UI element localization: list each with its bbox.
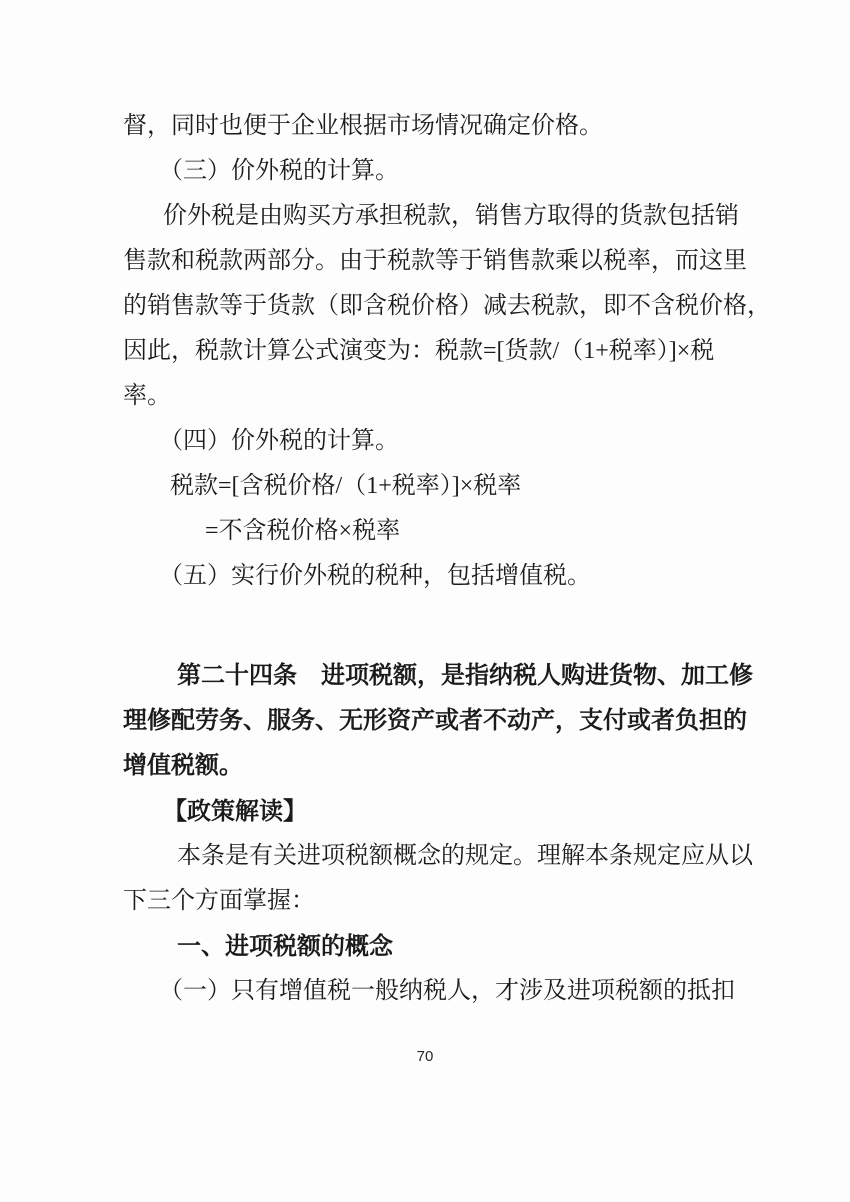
text-line: 的销售款等于货款（即含税价格）减去税款，即不含税价格， [123,284,763,329]
text-line-item-1: （一）只有增值税一般纳税人，才涉及进项税额的抵扣 [123,969,763,1014]
article-24-body-line: 增值税额。 [123,744,763,789]
text-line: 售款和税款两部分。由于税款等于销售款乘以税率，而这里 [123,239,763,284]
text-line: 本条是有关进项税额概念的规定。理解本条规定应从以 [123,834,763,879]
text-line-formula: 因此，税款计算公式演变为：税款=[货款/（1+税率）]×税 [123,329,763,374]
text-line-formula: =不含税价格×税率 [123,509,763,554]
text-line: 率。 [123,374,763,419]
document-page: 督，同时也便于企业根据市场情况确定价格。 （三）价外税的计算。 价外税是由购买方… [0,0,850,1202]
text-line-item-3: （三）价外税的计算。 [123,149,763,194]
text-line: 价外税是由购买方承担税款，销售方取得的货款包括销 [123,194,763,239]
policy-interpretation-heading: 【政策解读】 [123,789,763,834]
article-24-heading-line: 第二十四条 进项税额，是指纳税人购进货物、加工修 [123,654,763,699]
text-line-formula: 税款=[含税价格/（1+税率）]×税率 [123,464,763,509]
article-24-body-line: 理修配劳务、服务、无形资产或者不动产，支付或者负担的 [123,699,763,744]
text-line: 下三个方面掌握： [123,879,763,924]
text-line: 督，同时也便于企业根据市场情况确定价格。 [123,104,763,149]
text-line-item-5: （五）实行价外税的税种，包括增值税。 [123,554,763,599]
text-line-item-4: （四）价外税的计算。 [123,419,763,464]
page-number: 70 [0,1048,850,1066]
text-block: 督，同时也便于企业根据市场情况确定价格。 （三）价外税的计算。 价外税是由购买方… [123,104,763,1014]
section-1-heading: 一、进项税额的概念 [123,924,763,969]
